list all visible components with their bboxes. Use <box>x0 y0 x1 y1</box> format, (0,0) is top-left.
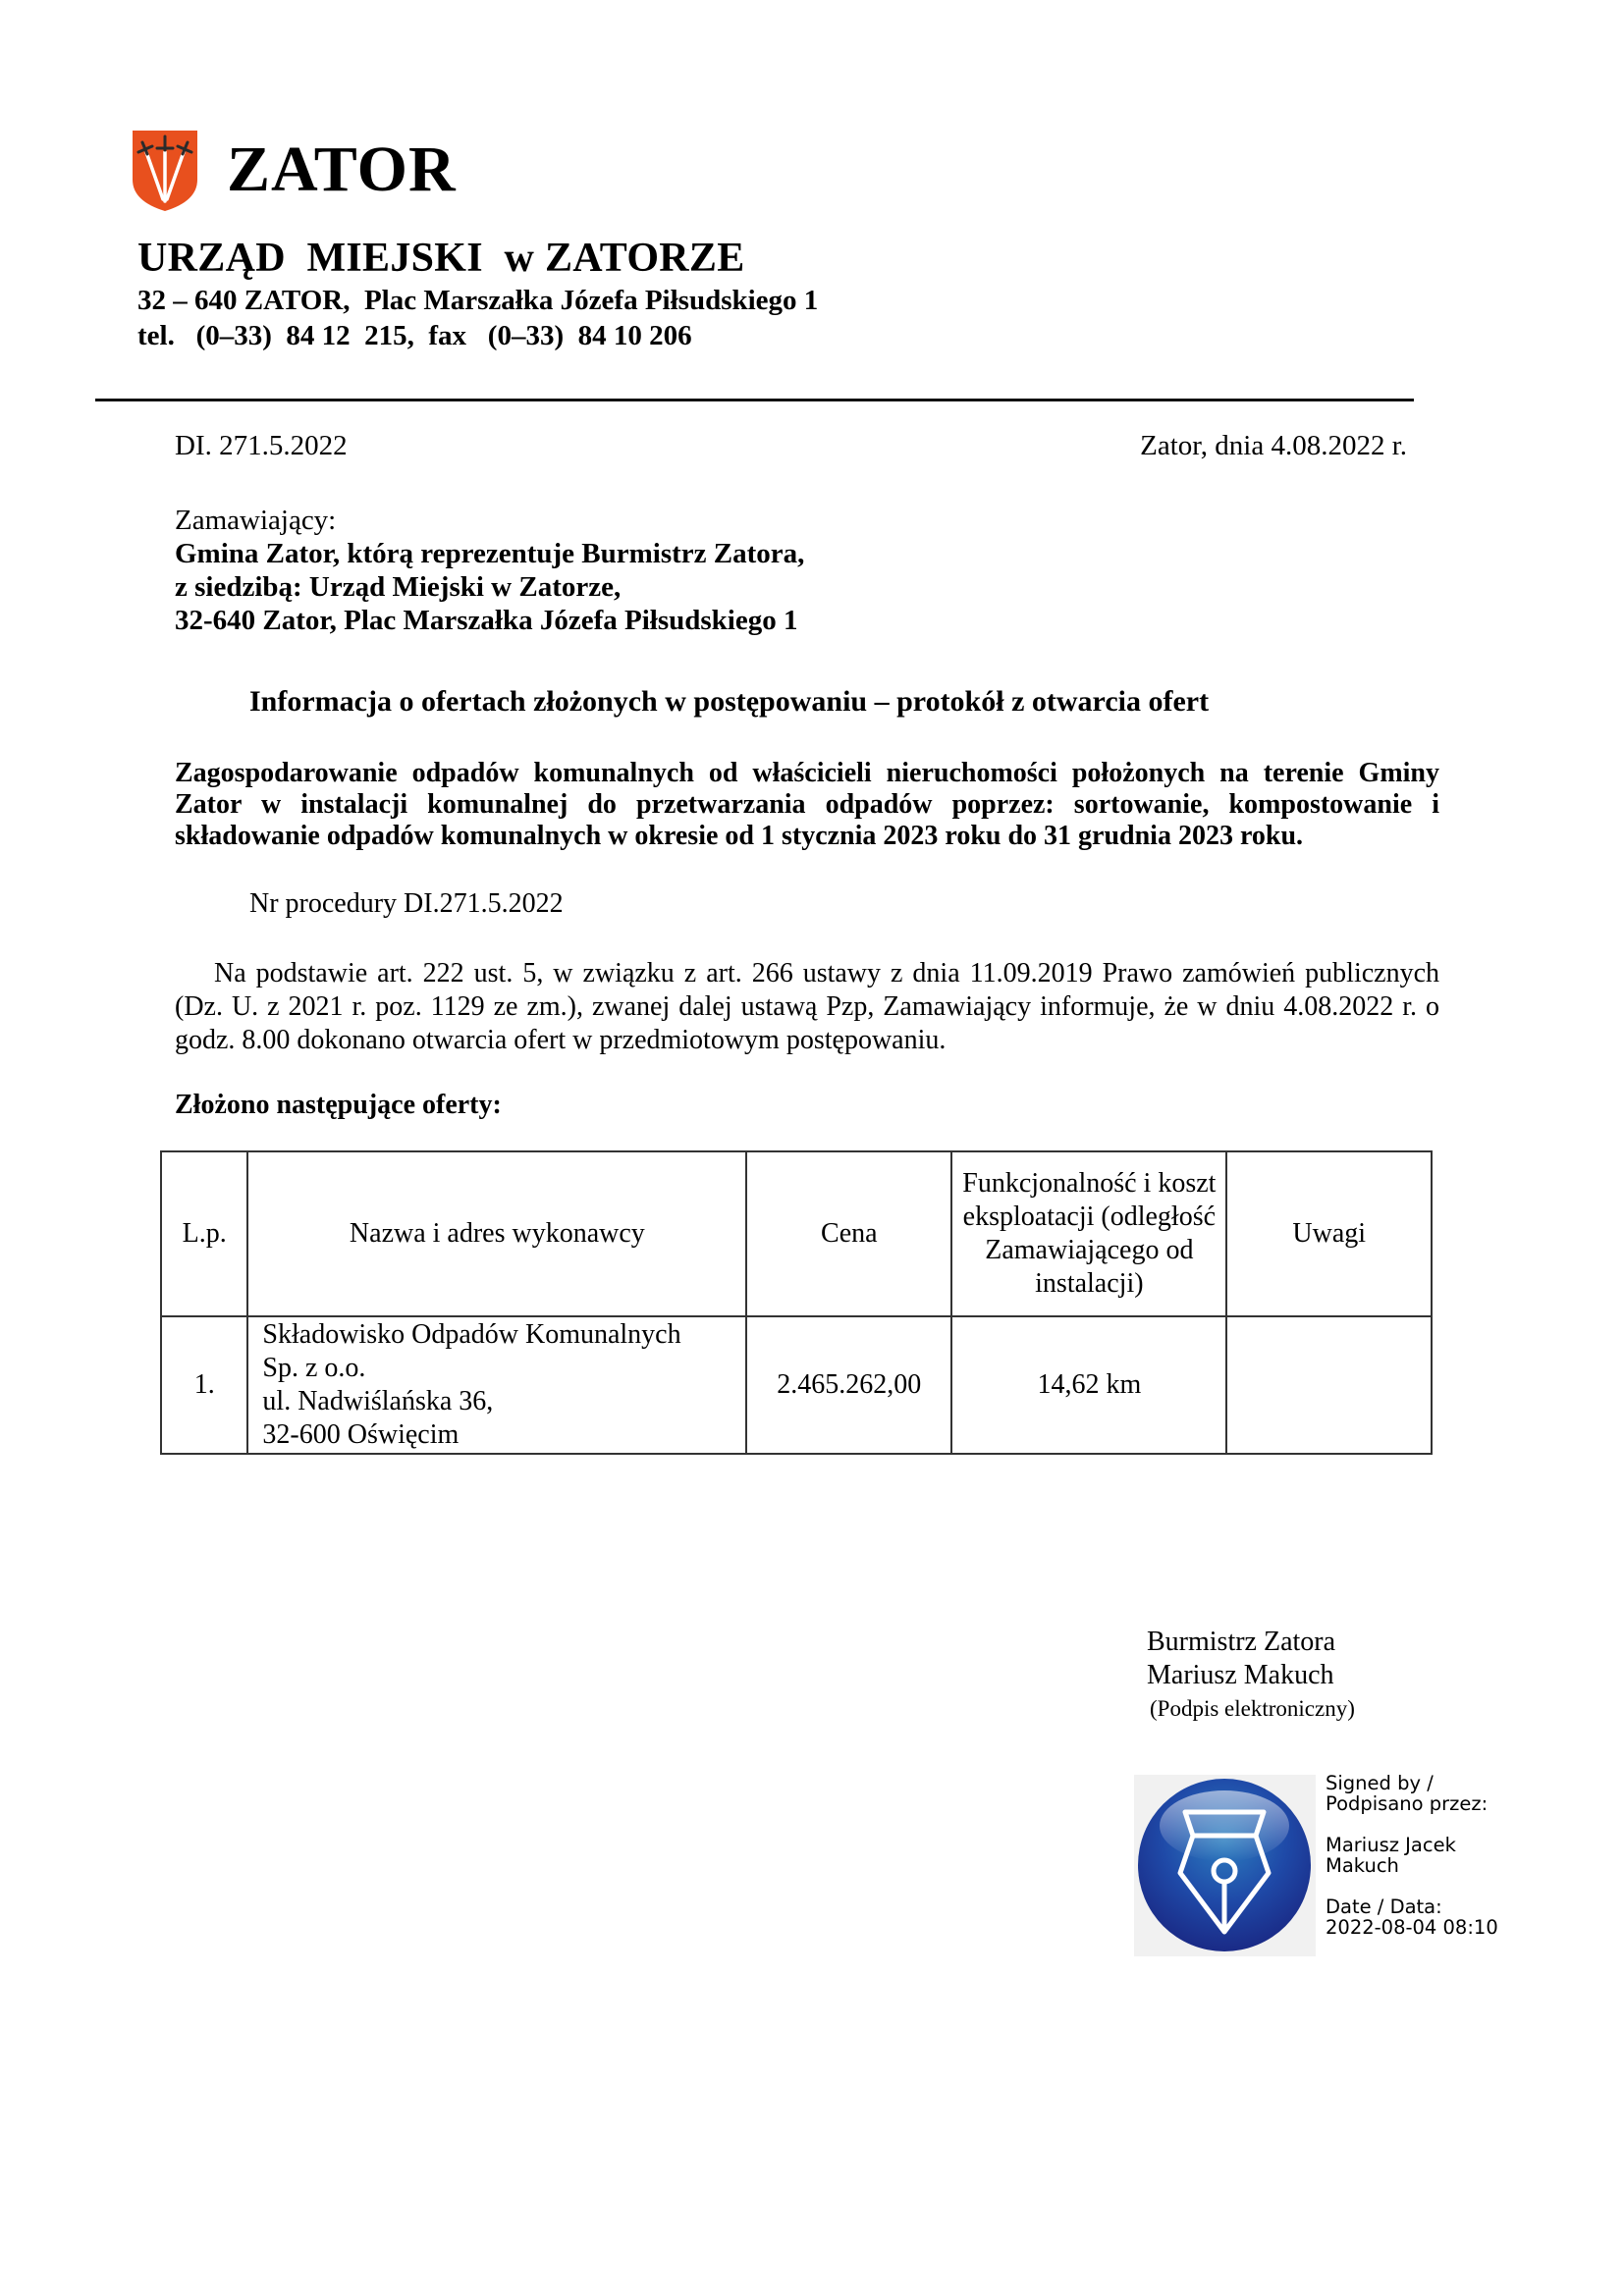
cell-lp: 1. <box>161 1316 247 1454</box>
table-header-row: L.p. Nazwa i adres wykonawcy Cena Funkcj… <box>161 1151 1432 1316</box>
cell-distance: 14,62 km <box>951 1316 1226 1454</box>
offers-heading: Złożono następujące oferty: <box>175 1090 502 1121</box>
signer-name: Makuch <box>1326 1855 1498 1876</box>
cell-notes <box>1226 1316 1432 1454</box>
contractor-line: 32-600 Oświęcim <box>262 1418 744 1452</box>
procurement-subject: Zagospodarowanie odpadów komunalnych od … <box>175 758 1439 852</box>
office-header: URZĄD MIEJSKI w ZATORZE 32 – 640 ZATOR, … <box>137 234 818 353</box>
contracting-party-line: z siedzibą: Urząd Miejski w Zatorze, <box>175 570 804 604</box>
col-header-contractor: Nazwa i adres wykonawcy <box>247 1151 746 1316</box>
reference-number: DI. 271.5.2022 <box>175 430 348 462</box>
contracting-party-line: 32-640 Zator, Plac Marszałka Józefa Piłs… <box>175 604 804 637</box>
document-title: Informacja o ofertach złożonych w postęp… <box>249 685 1209 719</box>
signatory-block: Burmistrz Zatora Mariusz Makuch (Podpis … <box>1147 1626 1355 1726</box>
place-date: Zator, dnia 4.08.2022 r. <box>1140 430 1407 462</box>
contracting-party-label: Zamawiający: <box>175 504 804 537</box>
contractor-line: Sp. z o.o. <box>262 1352 744 1385</box>
signed-by-label: Signed by / <box>1326 1773 1498 1793</box>
coat-of-arms-icon <box>131 127 199 213</box>
signature-note: (Podpis elektroniczny) <box>1147 1692 1355 1726</box>
date-label: Date / Data: <box>1326 1896 1498 1917</box>
signature-date: 2022-08-04 08:10 <box>1326 1917 1498 1938</box>
signer-name: Mariusz Jacek <box>1326 1835 1498 1855</box>
contracting-party: Zamawiający: Gmina Zator, którą reprezen… <box>175 504 804 637</box>
offers-table: L.p. Nazwa i adres wykonawcy Cena Funkcj… <box>160 1150 1433 1455</box>
col-header-functionality: Funkcjonalność i koszt eksploatacji (odl… <box>951 1151 1226 1316</box>
cell-price: 2.465.262,00 <box>746 1316 951 1454</box>
col-header-notes: Uwagi <box>1226 1151 1432 1316</box>
procedure-number: Nr procedury DI.271.5.2022 <box>249 888 564 920</box>
office-contact: tel. (0–33) 84 12 215, fax (0–33) 84 10 … <box>137 318 818 353</box>
header-divider <box>95 399 1414 401</box>
office-address: 32 – 640 ZATOR, Plac Marszałka Józefa Pi… <box>137 283 818 318</box>
col-header-lp: L.p. <box>161 1151 247 1316</box>
contracting-party-line: Gmina Zator, którą reprezentuje Burmistr… <box>175 537 804 570</box>
table-row: 1. Składowisko Odpadów Komunalnych Sp. z… <box>161 1316 1432 1454</box>
signatory-name: Mariusz Makuch <box>1147 1659 1355 1692</box>
brand-name: ZATOR <box>227 137 457 202</box>
col-header-price: Cena <box>746 1151 951 1316</box>
contractor-line: ul. Nadwiślańska 36, <box>262 1385 744 1418</box>
digital-signature-info: Signed by / Podpisano przez: Mariusz Jac… <box>1326 1773 1498 1938</box>
fountain-pen-nib-icon <box>1134 1775 1316 1956</box>
office-name: URZĄD MIEJSKI w ZATORZE <box>137 234 818 283</box>
letterhead-logo: ZATOR <box>131 126 457 214</box>
signed-by-label: Podpisano przez: <box>1326 1793 1498 1814</box>
contractor-line: Składowisko Odpadów Komunalnych <box>262 1318 744 1352</box>
legal-basis-paragraph: Na podstawie art. 222 ust. 5, w związku … <box>175 957 1439 1057</box>
cell-contractor: Składowisko Odpadów Komunalnych Sp. z o.… <box>247 1316 746 1454</box>
signatory-title: Burmistrz Zatora <box>1147 1626 1355 1659</box>
